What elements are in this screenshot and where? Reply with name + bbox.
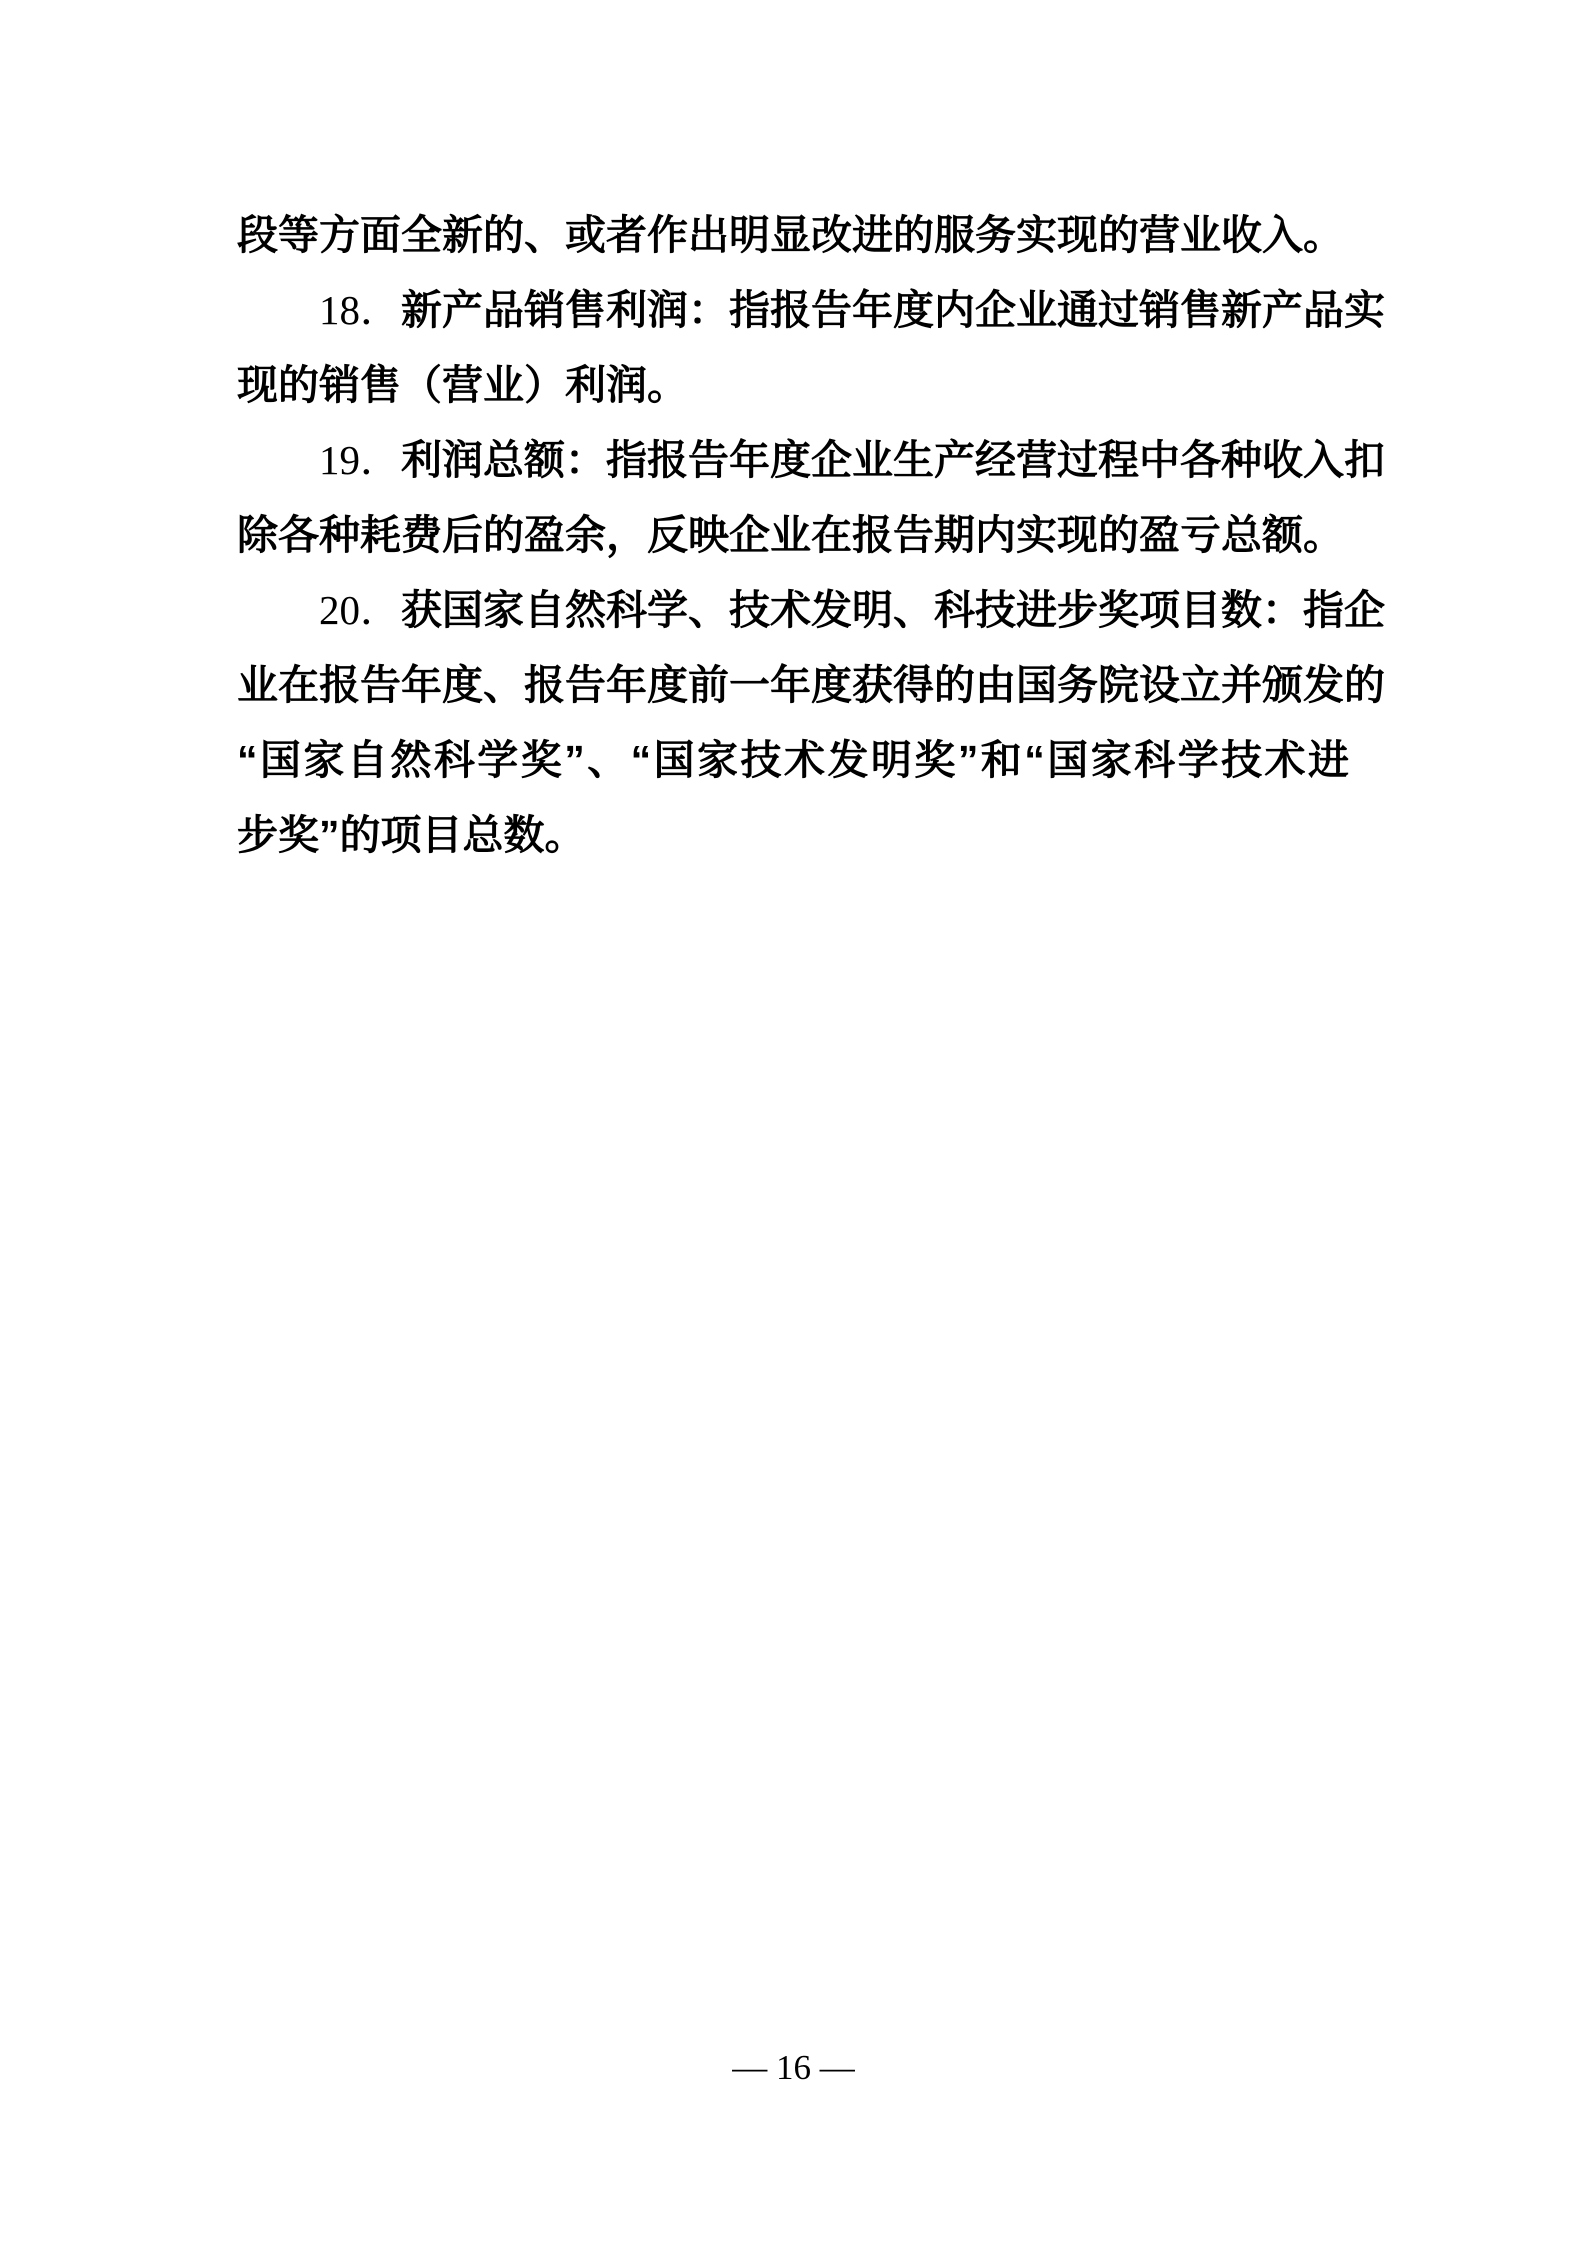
text-line-paragraph20-end: 步奖”的项目总数。: [237, 798, 1349, 873]
paragraph-number-18: 18．: [319, 287, 401, 333]
paragraph-18-text: 新产品销售利润：指报告年度内企业通过销售新产品实: [401, 287, 1385, 333]
text-line-paragraph18-start: 18．新产品销售利润：指报告年度内企业通过销售新产品实: [237, 273, 1349, 348]
paragraph-number-19: 19．: [319, 437, 401, 483]
document-page: 段等方面全新的、或者作出明显改进的服务实现的营业收入。 18．新产品销售利润：指…: [0, 0, 1587, 2245]
text-line-paragraph19-end: 除各种耗费后的盈余，反映企业在报告期内实现的盈亏总额。: [237, 498, 1349, 573]
text-line-paragraph17-continuation: 段等方面全新的、或者作出明显改进的服务实现的营业收入。: [237, 198, 1349, 273]
text-line-paragraph18-end: 现的销售（营业）利润。: [237, 348, 1349, 423]
text-line-paragraph20-start: 20．获国家自然科学、技术发明、科技进步奖项目数：指企: [237, 573, 1349, 648]
paragraph-number-20: 20．: [319, 587, 401, 633]
paragraph-20-text: 获国家自然科学、技术发明、科技进步奖项目数：指企: [401, 587, 1385, 633]
text-line-paragraph20-middle-2: “国家自然科学奖”、“国家技术发明奖”和“国家科学技术进: [237, 723, 1349, 798]
text-line-paragraph19-start: 19．利润总额：指报告年度企业生产经营过程中各种收入扣: [237, 423, 1349, 498]
paragraph-19-text: 利润总额：指报告年度企业生产经营过程中各种收入扣: [401, 437, 1385, 483]
body-text-block: 段等方面全新的、或者作出明显改进的服务实现的营业收入。 18．新产品销售利润：指…: [237, 198, 1349, 873]
page-number: — 16 —: [0, 2048, 1587, 2088]
text-line-paragraph20-middle-1: 业在报告年度、报告年度前一年度获得的由国务院设立并颁发的: [237, 648, 1349, 723]
